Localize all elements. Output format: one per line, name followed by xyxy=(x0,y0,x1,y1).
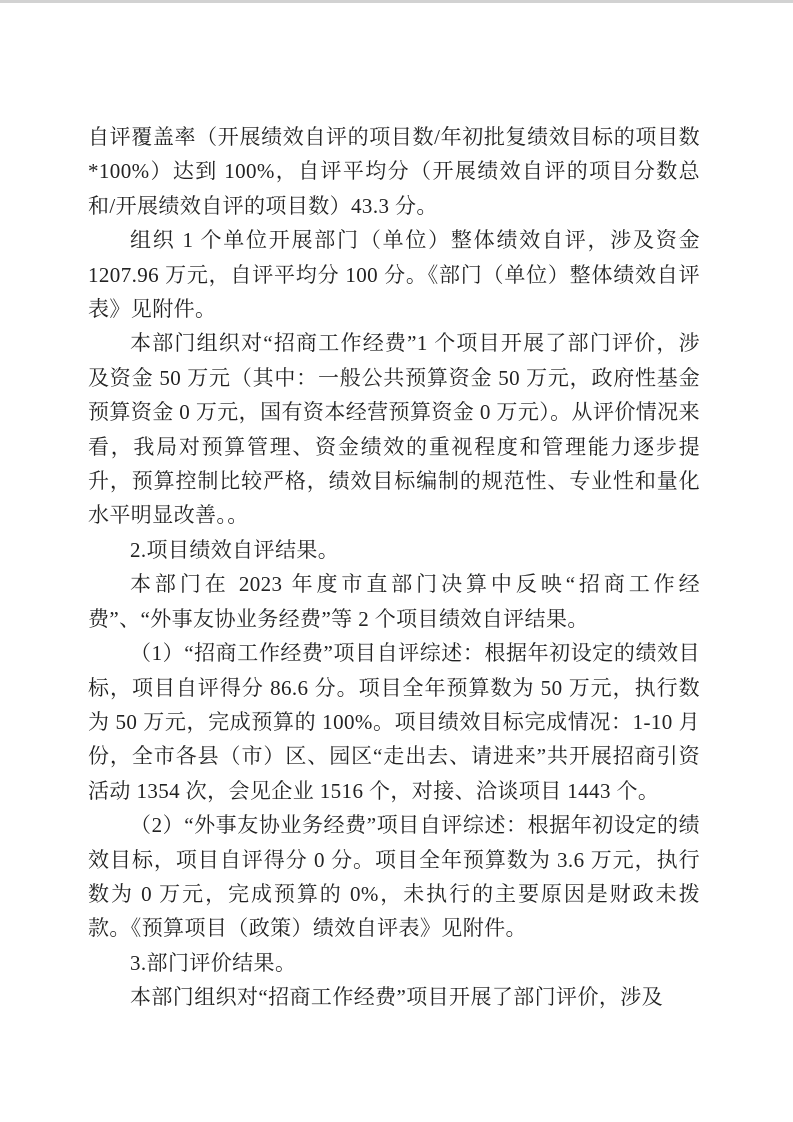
para-project1-zhaoshang-selfeval: （1）“招商工作经费”项目自评综述：根据年初设定的绩效目标，项目自评得分 86.… xyxy=(88,636,700,808)
para-dept-evaluation-overview: 本部门组织对“招商工作经费”1 个项目开展了部门评价，涉及资金 50 万元（其中… xyxy=(88,326,700,532)
heading-dept-evaluation-results: 3.部门评价结果。 xyxy=(88,946,700,980)
para-unit-overall-selfeval: 组织 1 个单位开展部门（单位）整体绩效自评，涉及资金 1207.96 万元，自… xyxy=(88,223,700,326)
document-page: 自评覆盖率（开展绩效自评的项目数/年初批复绩效目标的项目数*100%）达到 10… xyxy=(0,0,793,1122)
para-project2-waishi-selfeval: （2）“外事友协业务经费”项目自评综述：根据年初设定的绩效目标，项目自评得分 0… xyxy=(88,808,700,946)
para-projects-reflected: 本部门在 2023 年度市直部门决算中反映“招商工作经费”、“外事友协业务经费”… xyxy=(88,567,700,636)
para-dept-evaluation-continued: 本部门组织对“招商工作经费”项目开展了部门评价，涉及 xyxy=(88,980,700,1014)
para-selfeval-coverage: 自评覆盖率（开展绩效自评的项目数/年初批复绩效目标的项目数*100%）达到 10… xyxy=(88,120,700,223)
page-top-scan-edge xyxy=(0,0,793,3)
heading-project-selfeval-results: 2.项目绩效自评结果。 xyxy=(88,533,700,567)
